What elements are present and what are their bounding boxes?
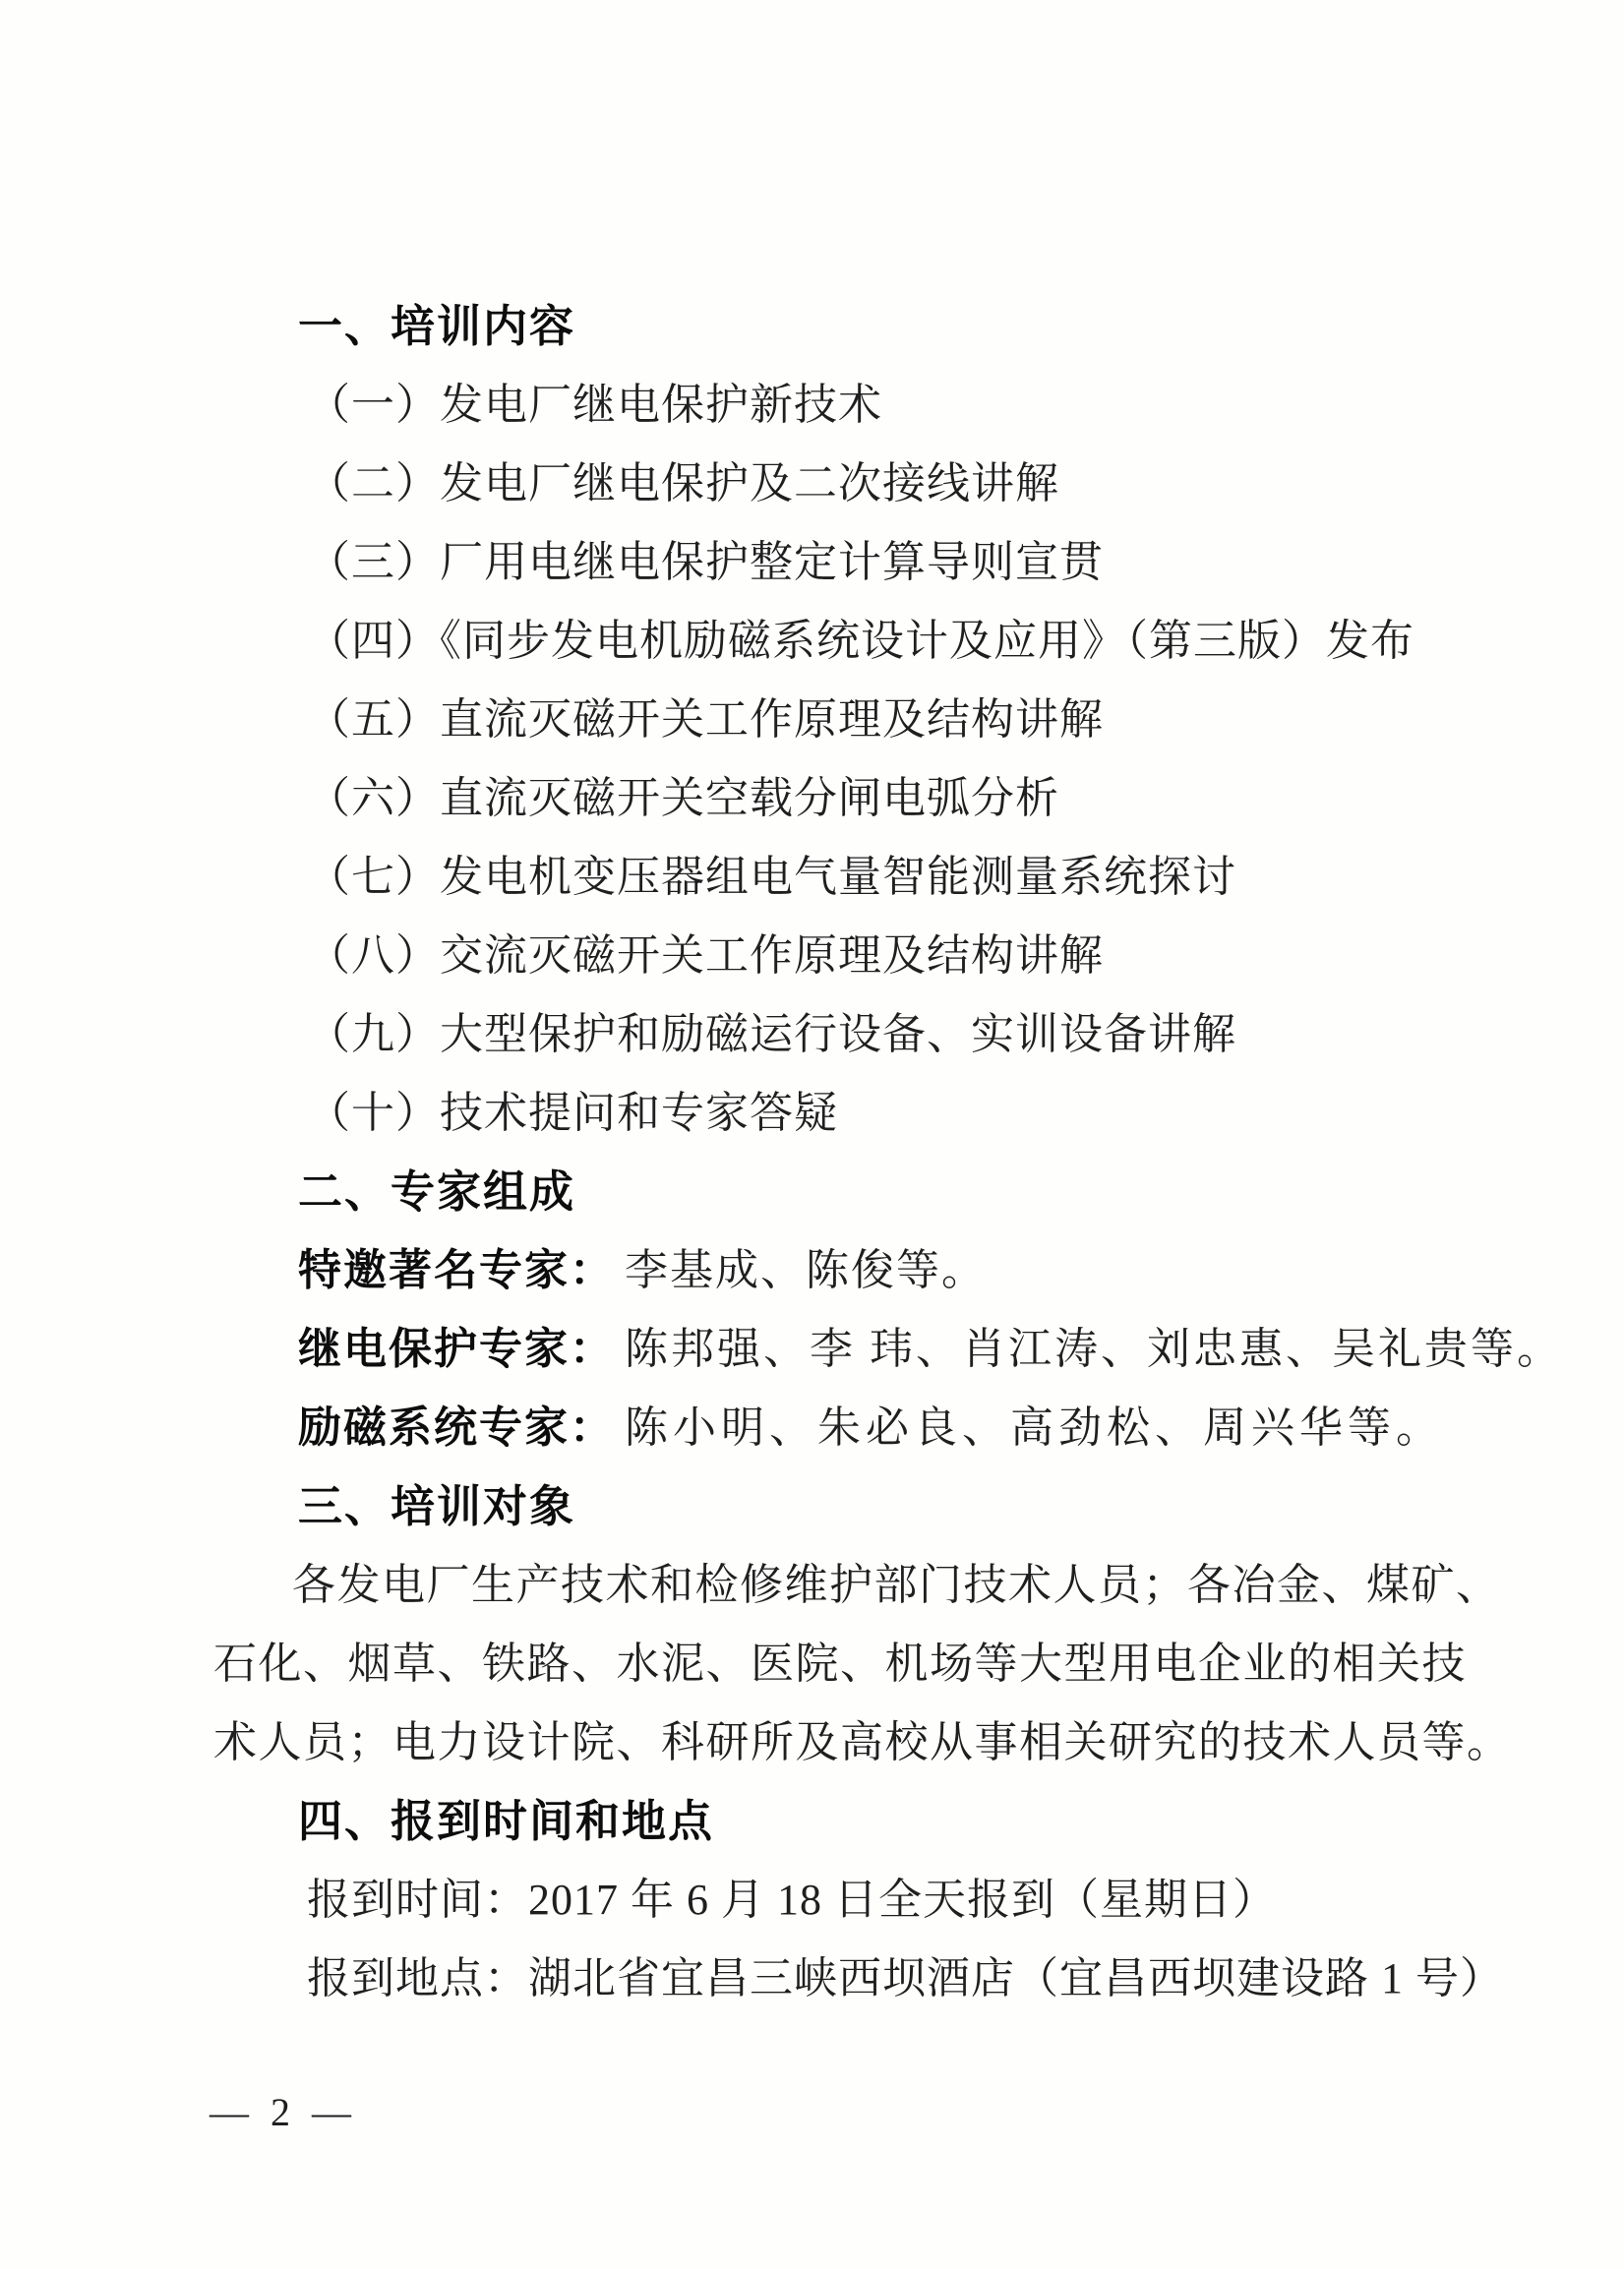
expert-names-excitation-system: 陈小明、朱必良、高劲松、周兴华等。 <box>625 1403 1444 1452</box>
page-number: — 2 — <box>210 2083 357 2142</box>
registration-location-line: 报到地点：湖北省宜昌三峡西坝酒店（宜昌西坝建设路 1 号） <box>213 1940 1492 2018</box>
trainees-paragraph-line-1: 各发电厂生产技术和检修维护部门技术人员；各冶金、煤矿、 <box>213 1546 1492 1625</box>
training-item-5: （五）直流灭磁开关工作原理及结构讲解 <box>213 681 1492 759</box>
document-page: 一、培训内容 （一）发电厂继电保护新技术 （二）发电厂继电保护及二次接线讲解 （… <box>0 0 1624 2269</box>
training-content-heading: 一、培训内容 <box>213 287 1492 366</box>
training-item-8: （八）交流灭磁开关工作原理及结构讲解 <box>213 917 1492 995</box>
training-item-3: （三）厂用电继电保护整定计算导则宣贯 <box>213 523 1492 602</box>
expert-line-invited: 特邀著名专家：李基成、陈俊等。 <box>213 1231 1492 1310</box>
registration-time-line: 报到时间：2017 年 6 月 18 日全天报到（星期日） <box>213 1861 1492 1940</box>
expert-label-invited: 特邀著名专家： <box>298 1246 615 1294</box>
training-item-1: （一）发电厂继电保护新技术 <box>213 366 1492 445</box>
trainees-paragraph-line-3: 术人员；电力设计院、科研所及高校从事相关研究的技术人员等。 <box>213 1703 1492 1782</box>
expert-label-excitation-system: 励磁系统专家： <box>298 1403 615 1452</box>
expert-names-invited: 李基成、陈俊等。 <box>625 1246 987 1294</box>
expert-names-relay-protection: 陈邦强、李 玮、肖江涛、刘忠惠、吴礼贵等。 <box>625 1325 1563 1373</box>
training-item-7: （七）发电机变压器组电气量智能测量系统探讨 <box>213 838 1492 917</box>
training-item-2: （二）发电厂继电保护及二次接线讲解 <box>213 445 1492 523</box>
document-body: 一、培训内容 （一）发电厂继电保护新技术 （二）发电厂继电保护及二次接线讲解 （… <box>213 287 1492 2018</box>
experts-heading: 二、专家组成 <box>213 1153 1492 1231</box>
training-item-4: （四）《同步发电机励磁系统设计及应用》（第三版）发布 <box>213 602 1492 681</box>
training-item-6: （六）直流灭磁开关空载分闸电弧分析 <box>213 759 1492 838</box>
expert-line-excitation-system: 励磁系统专家：陈小明、朱必良、高劲松、周兴华等。 <box>213 1389 1492 1467</box>
trainees-heading: 三、培训对象 <box>213 1467 1492 1546</box>
expert-label-relay-protection: 继电保护专家： <box>298 1325 615 1373</box>
expert-line-relay-protection: 继电保护专家：陈邦强、李 玮、肖江涛、刘忠惠、吴礼贵等。 <box>213 1310 1492 1389</box>
training-item-10: （十）技术提问和专家答疑 <box>213 1074 1492 1153</box>
trainees-paragraph-line-2: 石化、烟草、铁路、水泥、医院、机场等大型用电企业的相关技 <box>213 1625 1492 1703</box>
registration-heading: 四、报到时间和地点 <box>213 1782 1492 1861</box>
training-item-9: （九）大型保护和励磁运行设备、实训设备讲解 <box>213 995 1492 1074</box>
